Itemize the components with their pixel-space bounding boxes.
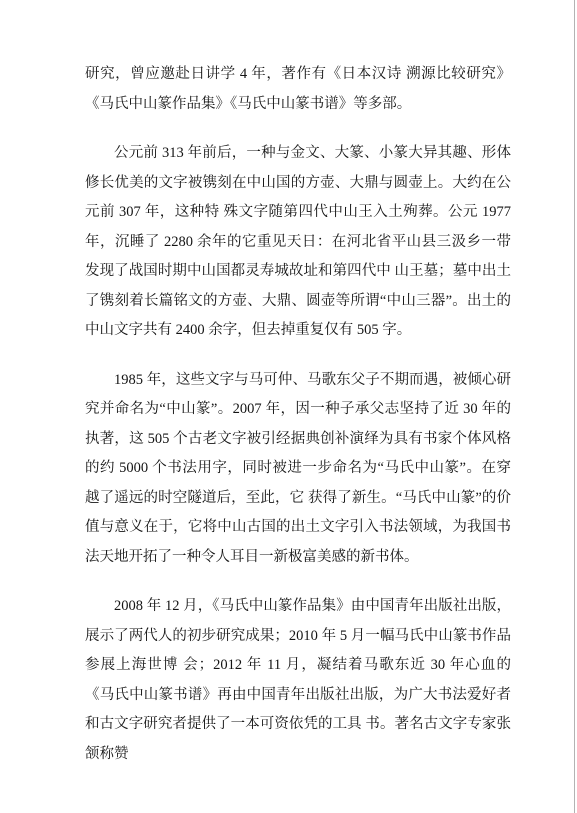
article-body: 研究，曾应邀赴日讲学 4 年，著作有《日本汉诗 溯源比较研究》《马氏中山篆作品集… (85, 60, 511, 789)
paragraph: 公元前 313 年前后，一种与金文、大篆、小篆大异其趣、形体修长优美的文字被镌刻… (85, 139, 511, 346)
paragraph-continuation: 研究，曾应邀赴日讲学 4 年，著作有《日本汉诗 溯源比较研究》《马氏中山篆作品集… (85, 60, 511, 119)
paragraph: 1985 年，这些文字与马可仲、马歌东父子不期而遇，被倾心研究并命名为“中山篆”… (85, 366, 511, 573)
document-page: 研究，曾应邀赴日讲学 4 年，著作有《日本汉诗 溯源比较研究》《马氏中山篆作品集… (0, 0, 577, 813)
page-right-edge-line (574, 0, 575, 813)
paragraph: 2008 年 12 月，《马氏中山篆作品集》由中国青年出版社出版，展示了两代人的… (85, 592, 511, 769)
